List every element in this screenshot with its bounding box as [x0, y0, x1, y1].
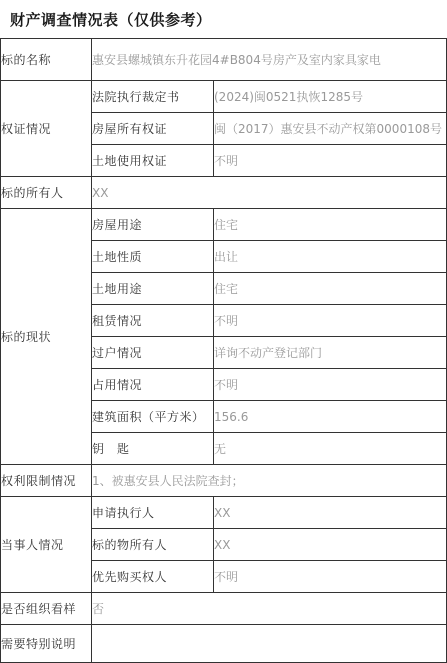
- property-investigation-table: 标的名称 惠安县螺城镇东升花园4#B804号房产及室内家具家电 权证情况 法院执…: [0, 38, 447, 663]
- row-sub-label: 钥 匙: [92, 433, 214, 465]
- row-value: XX: [214, 497, 447, 529]
- row-value: 住宅: [214, 273, 447, 305]
- row-value: 惠安县螺城镇东升花园4#B804号房产及室内家具家电: [92, 39, 447, 81]
- group-label: 当事人情况: [1, 497, 92, 593]
- row-sub-label: 标的物所有人: [92, 529, 214, 561]
- row-value: 住宅: [214, 209, 447, 241]
- property-investigation-page: 财产调查情况表（仅供参考） 标的名称 惠安县螺城镇东升花园4#B804号房产及室…: [0, 0, 447, 663]
- row-sub-label: 土地用途: [92, 273, 214, 305]
- row-label: 权利限制情况: [1, 465, 92, 497]
- row-value: 1、被惠安县人民法院查封；: [92, 465, 447, 497]
- row-value: 不明: [214, 305, 447, 337]
- row-sub-label: 过户情况: [92, 337, 214, 369]
- row-value: 出让: [214, 241, 447, 273]
- row-value: [92, 625, 447, 663]
- table-row: 需要特别说明: [1, 625, 447, 663]
- table-row: 是否组织看样 否: [1, 593, 447, 625]
- row-value: 无: [214, 433, 447, 465]
- row-value: XX: [214, 529, 447, 561]
- row-label: 标的名称: [1, 39, 92, 81]
- row-value: 不明: [214, 369, 447, 401]
- table-row: 权证情况 法院执行裁定书 (2024)闽0521执恢1285号: [1, 81, 447, 113]
- row-label: 是否组织看样: [1, 593, 92, 625]
- page-title: 财产调查情况表（仅供参考）: [0, 0, 447, 38]
- row-sub-label: 占用情况: [92, 369, 214, 401]
- row-label: 需要特别说明: [1, 625, 92, 663]
- row-sub-label: 优先购买权人: [92, 561, 214, 593]
- row-value: (2024)闽0521执恢1285号: [214, 81, 447, 113]
- row-value: 不明: [214, 561, 447, 593]
- row-sub-label: 租赁情况: [92, 305, 214, 337]
- row-value: 详询不动产登记部门: [214, 337, 447, 369]
- table-row: 当事人情况 申请执行人 XX: [1, 497, 447, 529]
- row-value: 不明: [214, 145, 447, 177]
- row-sub-label: 申请执行人: [92, 497, 214, 529]
- group-label: 标的现状: [1, 209, 92, 465]
- row-sub-label: 房屋用途: [92, 209, 214, 241]
- table-row: 标的名称 惠安县螺城镇东升花园4#B804号房产及室内家具家电: [1, 39, 447, 81]
- table-row: 标的现状 房屋用途 住宅: [1, 209, 447, 241]
- table-row: 权利限制情况 1、被惠安县人民法院查封；: [1, 465, 447, 497]
- row-value: XX: [92, 177, 447, 209]
- row-sub-label: 房屋所有权证: [92, 113, 214, 145]
- row-sub-label: 建筑面积（平方米）: [92, 401, 214, 433]
- row-value: 156.6: [214, 401, 447, 433]
- row-value: 否: [92, 593, 447, 625]
- row-value: 闽（2017）惠安县不动产权第0000108号: [214, 113, 447, 145]
- group-label: 权证情况: [1, 81, 92, 177]
- row-sub-label: 土地性质: [92, 241, 214, 273]
- row-sub-label: 土地使用权证: [92, 145, 214, 177]
- table-row: 标的所有人 XX: [1, 177, 447, 209]
- row-label: 标的所有人: [1, 177, 92, 209]
- row-sub-label: 法院执行裁定书: [92, 81, 214, 113]
